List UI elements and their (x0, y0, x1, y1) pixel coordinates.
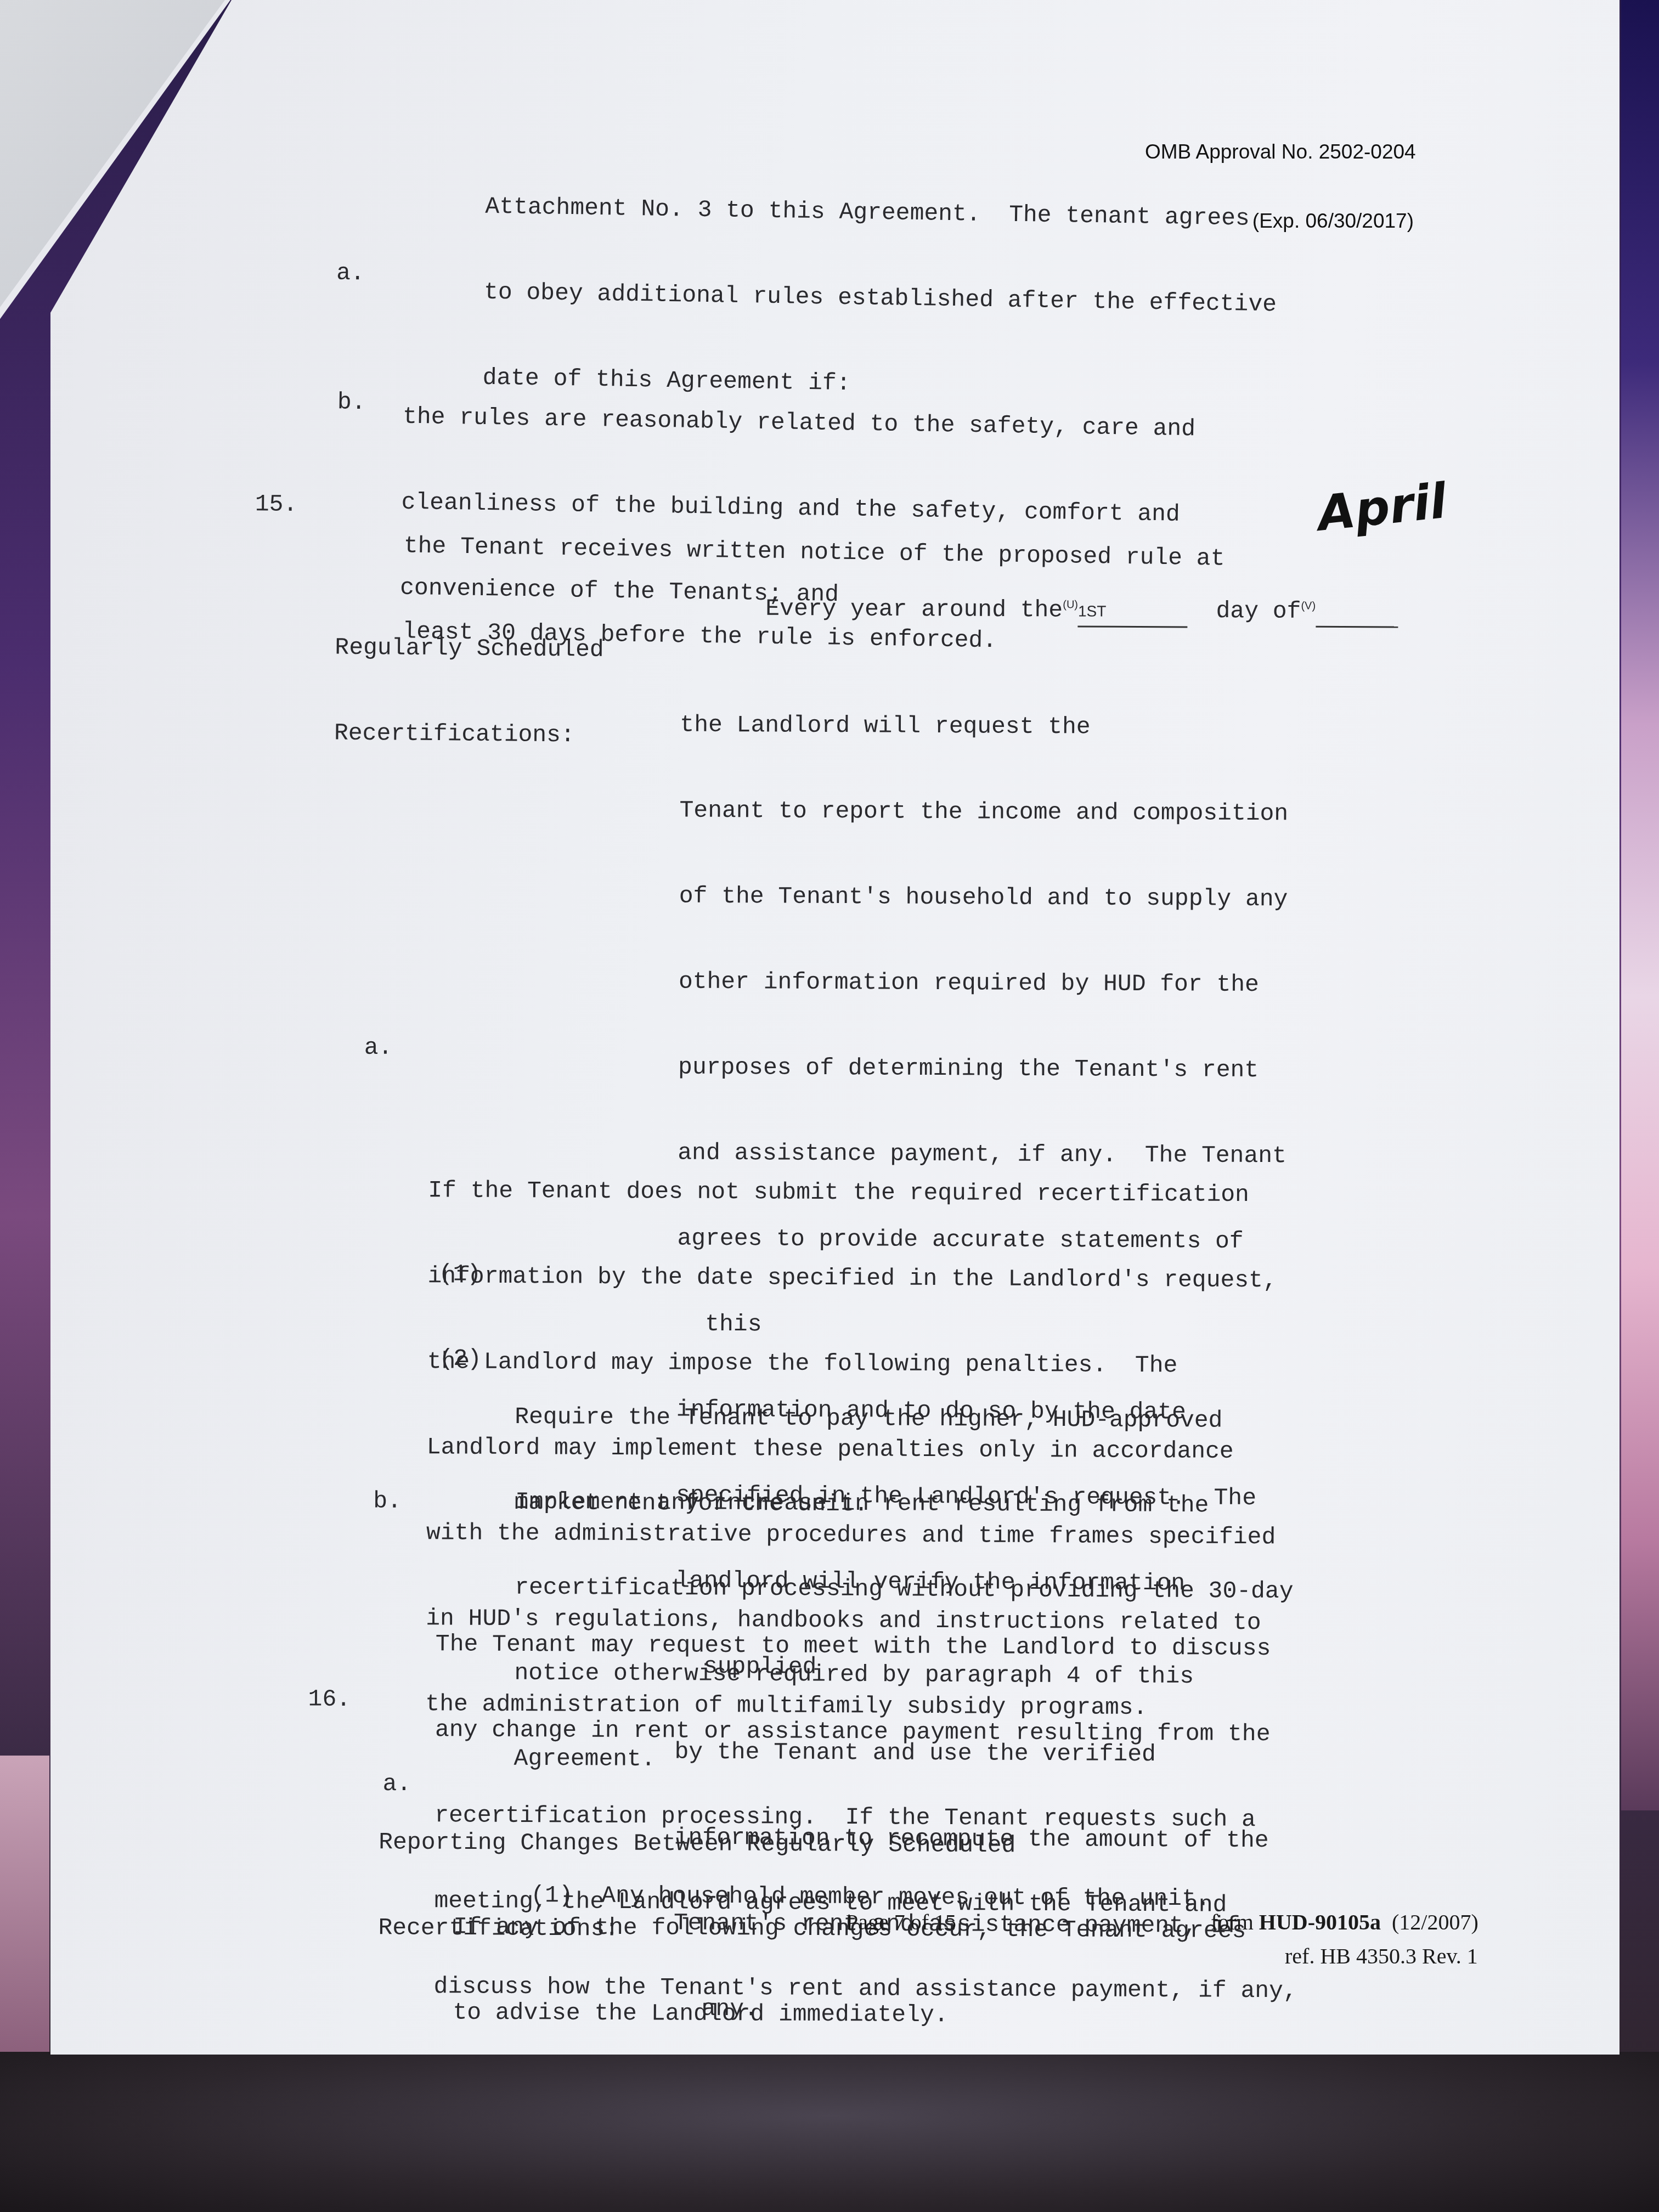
section16-subitem-1: (1) Any household member moves out of th… (474, 1852, 1211, 1942)
document-page: OMB Approval No. 2502-0204 (Exp. 06/30/2… (50, 0, 1620, 2055)
background-left (0, 1756, 49, 2063)
recert-month-field (1316, 597, 1398, 628)
field-marker-u: (U) (1063, 599, 1078, 611)
background-bottom (0, 2052, 1659, 2212)
page-number: Page 7 of 15 (846, 1908, 956, 1937)
field-marker-v: (V) (1301, 600, 1316, 612)
section15-heading: 15. Regularly Scheduled Recertifications… (252, 490, 605, 864)
handwritten-month: April (1316, 476, 1449, 539)
background-right (1621, 0, 1659, 1810)
reference: ref. HB 4350.3 Rev. 1 (1285, 1942, 1478, 1971)
form-id: form HUD-90105a (12/2007) (1211, 1908, 1479, 1937)
recert-day-field: 1ST (1078, 596, 1188, 628)
